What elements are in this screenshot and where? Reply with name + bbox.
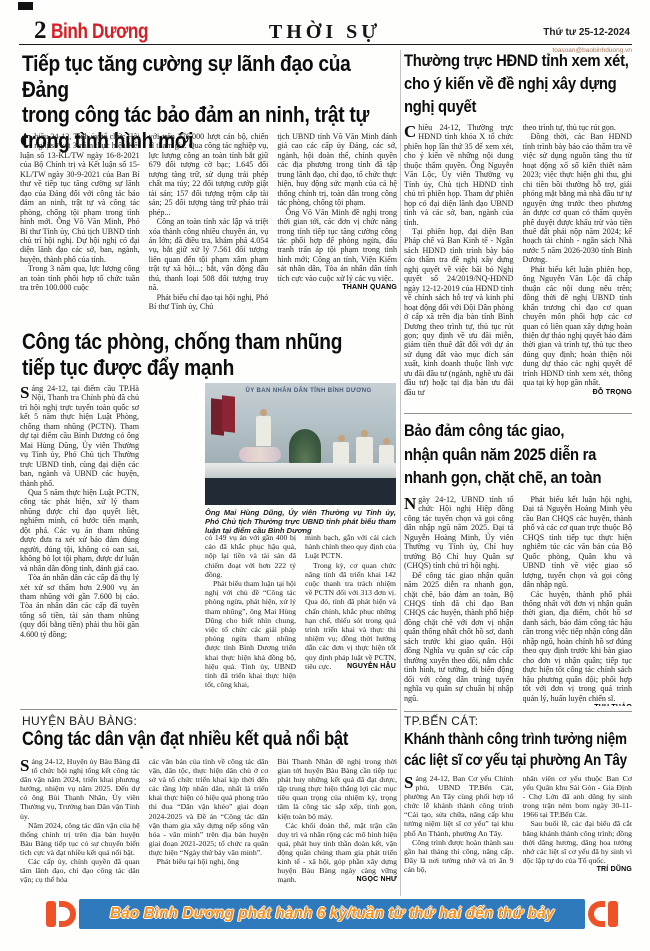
text-column: Chiều 24-12, Thường trực HĐND tỉnh khóa … <box>404 123 514 409</box>
article-pctn-left-column: Sáng 24-12, tại điểm cầu TP.Hà Nội, Than… <box>20 384 139 706</box>
article-dvbb-title: Công tác dân vận đạt nhiều kết quả nổi b… <box>22 729 396 751</box>
paragraph: Các khối đoàn thể, mặt trận cần duy trì … <box>277 821 397 885</box>
text-column: Phát biểu kết luận hội nghị, Đại tá Nguy… <box>523 495 633 706</box>
text-column: các văn bản của tỉnh về công tác dân vận… <box>149 757 269 895</box>
article-dvbb-kicker: HUYỆN BÀU BÀNG: <box>22 715 137 728</box>
person-seated-body <box>379 445 394 463</box>
paragraph-text: Sau buổi lễ, các đại biểu đã cắt băng kh… <box>523 819 633 864</box>
byline: THANH QUANG <box>330 283 397 292</box>
paragraph-text: Ông Võ Văn Minh đề nghị trong thời gian … <box>277 208 397 283</box>
conference-photo: ỦY BAN NHÂN DÂN TỈNH BÌNH DƯƠNG <box>205 383 396 505</box>
footer-promo-banner: Báo Bình Dương phát hành 6 kỳ/tuần từ th… <box>46 899 618 929</box>
paragraph: Trong kỳ, cơ quan chức năng tỉnh đã triể… <box>305 561 396 671</box>
drop-cap: C <box>20 132 34 148</box>
banner-end-cap-icon <box>608 901 618 927</box>
person-seated <box>361 430 368 437</box>
paragraph: Sau buổi lễ, các đại biểu đã cắt băng kh… <box>523 819 633 864</box>
paragraph: Tòa án nhân dân các cấp đã thụ lý xét xử… <box>20 573 139 639</box>
paragraph: áng 24-12, Huyện ủy Bàu Bàng đã tổ chức … <box>20 757 140 821</box>
paragraph: Qua 5 năm thực hiện Luật PCTN, công tác … <box>20 488 139 573</box>
paragraph: theo trình tự, thủ tục rút gọn. <box>523 123 633 132</box>
text-column: nhân viên cơ yếu thuộc Ban Cơ yếu Quân k… <box>523 774 633 894</box>
text-column: Sáng 24-12, Ban Cơ yếu Chính phủ, UBND T… <box>404 774 514 894</box>
photo-caption: Ông Mai Hùng Dũng, Ủy viên Thường vụ Tỉn… <box>205 508 396 536</box>
article-separator-rule <box>404 413 632 414</box>
drop-cap: S <box>20 384 31 400</box>
drop-cap: S <box>404 774 415 790</box>
article-security-body: Chiều 24-12, Tỉnh ủy tổ chức Hội nghị sơ… <box>20 132 397 318</box>
text-column: tịch UBND tỉnh Võ Văn Minh đánh giá cao … <box>277 132 397 318</box>
text-column: Sáng 24-12, tại điểm cầu TP.Hà Nội, Than… <box>20 384 139 706</box>
paragraph: áng 24-12, tại điểm cầu TP.Hà Nội, Thanh… <box>20 384 139 488</box>
paragraph: gày 24-12, UBND tỉnh tổ chức Hội nghị Hi… <box>404 495 514 570</box>
paragraph: Năm 2024, công tác dân vận của hệ thống … <box>20 821 140 857</box>
paragraph: có 149 vụ án với gần 400 bị cáo đã khắc … <box>205 533 296 579</box>
paragraph: Tại phiên họp, đại diện Ban Pháp chế và … <box>404 227 514 397</box>
conference-table <box>205 463 396 478</box>
article-pctn-bottom-columns: có 149 vụ án với gần 400 bị cáo đã khắc … <box>205 533 396 705</box>
paragraph: Đồng thời, các Ban HĐND tỉnh trình bày b… <box>523 132 633 264</box>
person-seated-body <box>356 437 373 463</box>
newspaper-page: 2 Binh Dương THỜI SỰ Thứ tư 25-12-2024 t… <box>0 0 650 951</box>
text-column: Bùi Thanh Nhân đề nghị trong thời gian t… <box>277 757 397 895</box>
paragraph: Phát biểu kết luận phiên họp, ông Nguyễn… <box>523 265 633 388</box>
article-pctn-title: Công tác phòng, chống tham nhũng tiếp tụ… <box>22 329 396 381</box>
print-registration-mark <box>18 2 33 10</box>
byline: ĐỖ TRỌNG <box>581 388 632 397</box>
paragraph: các văn bản của tỉnh về công tác dân vận… <box>149 757 269 857</box>
person-standing-body <box>256 416 271 446</box>
banner-text: Báo Bình Dương phát hành 6 kỳ/tuần từ th… <box>110 899 554 929</box>
banner-bracket-icon <box>59 901 76 927</box>
paragraph-text: Phát biểu kết luận phiên họp, ông Nguyễn… <box>523 265 633 387</box>
paragraph: Phát biểu tại hội nghị, ông <box>149 857 269 866</box>
article-giaoquan-title: Bảo đảm công tác giao, nhận quân năm 202… <box>404 419 632 490</box>
byline: NGỌC NHƯ <box>345 875 397 884</box>
article-bencat-title: Khánh thành công trình tưởng niệm các li… <box>404 729 632 771</box>
drop-cap: S <box>20 757 31 773</box>
article-hdnd-body: Chiều 24-12, Thường trực HĐND tỉnh khóa … <box>404 123 632 409</box>
person-seated-body <box>333 442 349 463</box>
column-divider <box>400 50 401 896</box>
text-column: Ngày 24-12, UBND tỉnh tổ chức Hội nghị H… <box>404 495 514 706</box>
article-bencat-kicker: TP.BẾN CÁT: <box>404 715 478 728</box>
paragraph: Công trình được hoàn thành sau gần hai t… <box>404 838 514 874</box>
text-column: có 149 vụ án với gần 400 bị cáo đã khắc … <box>205 533 296 705</box>
paragraph: tịch UBND tỉnh Võ Văn Minh đánh giá cao … <box>277 132 397 208</box>
paragraph: Các huyện, thành phố phải thống nhất với… <box>523 590 633 703</box>
text-column: Chiều 24-12, Tỉnh ủy tổ chức Hội nghị sơ… <box>20 132 140 318</box>
paragraph: áng 24-12, Ban Cơ yếu Chính phủ, UBND TP… <box>404 774 514 838</box>
byline: TRÍ DŨNG <box>585 865 632 874</box>
drop-cap: C <box>404 123 418 139</box>
paragraph: Để công tác giao nhận quân năm 2025 diễn… <box>404 571 514 703</box>
paragraph: hiều 24-12, Thường trực HĐND tỉnh khóa X… <box>404 123 514 227</box>
banner-end-cap-icon <box>46 901 56 927</box>
article-separator-rule <box>20 709 397 710</box>
article-dvbb-body: Sáng 24-12, Huyện ủy Bàu Bàng đã tổ chức… <box>20 757 397 895</box>
paragraph: Các cấp ủy, chính quyền đã quan tâm lãnh… <box>20 857 140 884</box>
text-column: Sáng 24-12, Huyện ủy Bàu Bàng đã tổ chức… <box>20 757 140 895</box>
paragraph: hiều 24-12, Tỉnh ủy tổ chức Hội nghị sơ … <box>20 132 140 264</box>
header-rule <box>19 44 632 45</box>
article-bencat-body: Sáng 24-12, Ban Cơ yếu Chính phủ, UBND T… <box>404 774 632 894</box>
paragraph-text: Các khối đoàn thể, mặt trận cần duy trì … <box>277 821 397 885</box>
paragraph: Phát biểu chỉ đạo tại hội nghị, Phó Bí t… <box>149 293 269 312</box>
byline: NGUYỄN HẬU <box>335 662 396 671</box>
decorative-plant <box>289 429 321 465</box>
paragraph: Phát biểu kết luận hội nghị, Đại tá Nguy… <box>523 495 633 590</box>
article-hdnd-title: Thường trực HĐND tỉnh xem xét, cho ý kiế… <box>404 49 632 118</box>
article-giaoquan-body: Ngày 24-12, UBND tỉnh tổ chức Hội nghị H… <box>404 495 632 706</box>
issue-date: Thứ tư 25-12-2024 <box>543 27 630 39</box>
paragraph: Bùi Thanh Nhân đề nghị trong thời gian t… <box>277 757 397 821</box>
flag-icon <box>222 395 235 433</box>
podium-flowers <box>239 447 281 462</box>
conference-table-front <box>205 478 396 505</box>
article-separator-rule <box>404 711 632 712</box>
byline: THU THẢO <box>582 703 632 706</box>
drop-cap: N <box>404 495 418 511</box>
text-column: theo trình tự, thủ tục rút gọn. Đồng thờ… <box>523 123 633 409</box>
paragraph: Trong 3 năm qua, lực lượng công an toàn … <box>20 264 140 292</box>
person-standing <box>260 409 267 416</box>
banner-strip: Báo Bình Dương phát hành 6 kỳ/tuần từ th… <box>79 899 585 929</box>
person-seated <box>383 438 390 445</box>
paragraph: nhân viên cơ yếu thuộc Ban Cơ yếu Quân k… <box>523 774 633 819</box>
banner-bracket-icon <box>588 901 605 927</box>
paragraph-text: Các huyện, thành phố phải thống nhất với… <box>523 590 633 703</box>
photo-wall-banner-text: ỦY BAN NHÂN DÂN TỈNH BÌNH DƯƠNG <box>223 387 394 395</box>
paragraph: minh bạch, gắn với cải cách hành chính t… <box>305 533 396 561</box>
paragraph-text: Trong kỳ, cơ quan chức năng tỉnh đã triể… <box>305 561 396 671</box>
paragraph: Phát biểu tham luận tại hội nghị với chủ… <box>205 579 296 689</box>
paragraph: với trên 276.000 lượt cán bộ, chiến sĩ t… <box>149 132 269 217</box>
text-column: với trên 276.000 lượt cán bộ, chiến sĩ t… <box>149 132 269 318</box>
person-seated <box>338 435 345 442</box>
paragraph: Ông Võ Văn Minh đề nghị trong thời gian … <box>277 208 397 284</box>
paragraph: Công an toàn tỉnh xác lập và triệt xóa t… <box>149 217 269 293</box>
text-column: minh bạch, gắn với cải cách hành chính t… <box>305 533 396 705</box>
